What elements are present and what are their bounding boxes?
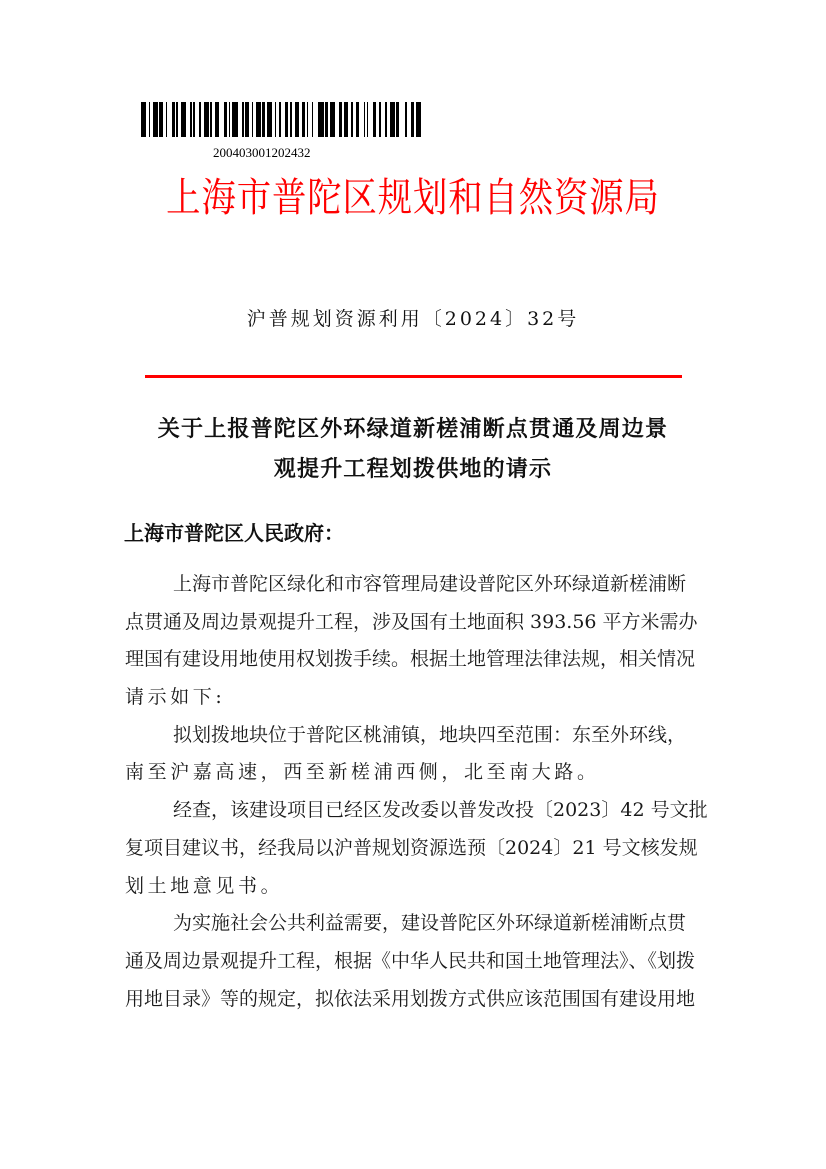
body-line: 复项目建议书，经我局以沪普规划资源选预〔2024〕21 号文核发规 (125, 830, 705, 868)
body-line: 划土地意见书。 (125, 868, 705, 906)
body-line: 上海市普陀区绿化和市容管理局建设普陀区外环绿道新槎浦断 (125, 566, 705, 604)
body-line: 理国有建设用地使用权划拨手续。根据土地管理法律法规，相关情况 (125, 641, 705, 679)
body-line: 为实施社会公共利益需要，建设普陀区外环绿道新槎浦断点贯 (125, 905, 705, 943)
body-line: 请示如下: (125, 679, 705, 717)
agency-title: 上海市普陀区规划和自然资源局 (0, 170, 826, 226)
barcode-number: 200403001202432 (213, 145, 311, 161)
body-text: 上海市普陀区绿化和市容管理局建设普陀区外环绿道新槎浦断 点贯通及周边景观提升工程… (125, 566, 705, 1018)
red-separator-rule (145, 375, 682, 378)
subject-heading: 关于上报普陀区外环绿道新槎浦断点贯通及周边景 观提升工程划拨供地的请示 (120, 410, 706, 490)
barcode-image (141, 102, 423, 137)
body-line: 通及周边景观提升工程，根据《中华人民共和国土地管理法》、《划拨 (125, 943, 705, 981)
addressee: 上海市普陀区人民政府： (124, 518, 344, 548)
body-line: 南至沪嘉高速，西至新槎浦西侧，北至南大路。 (125, 754, 705, 792)
body-line: 拟划拨地块位于普陀区桃浦镇，地块四至范围：东至外环线， (125, 717, 705, 755)
document-page: 200403001202432 上海市普陀区规划和自然资源局 沪普规划资源利用〔… (0, 0, 826, 1169)
body-line: 经查，该建设项目已经区发改委以普发改投〔2023〕42 号文批 (125, 792, 705, 830)
subject-heading-line-2: 观提升工程划拨供地的请示 (120, 450, 706, 490)
body-line: 点贯通及周边景观提升工程，涉及国有土地面积 393.56 平方米需办 (125, 604, 705, 642)
subject-heading-line-1: 关于上报普陀区外环绿道新槎浦断点贯通及周边景 (120, 410, 706, 450)
body-line: 用地目录》等的规定，拟依法采用划拨方式供应该范围国有建设用地 (125, 981, 705, 1019)
agency-title-text: 上海市普陀区规划和自然资源局 (166, 170, 660, 226)
document-number: 沪普规划资源利用〔2024〕32号 (0, 305, 826, 333)
